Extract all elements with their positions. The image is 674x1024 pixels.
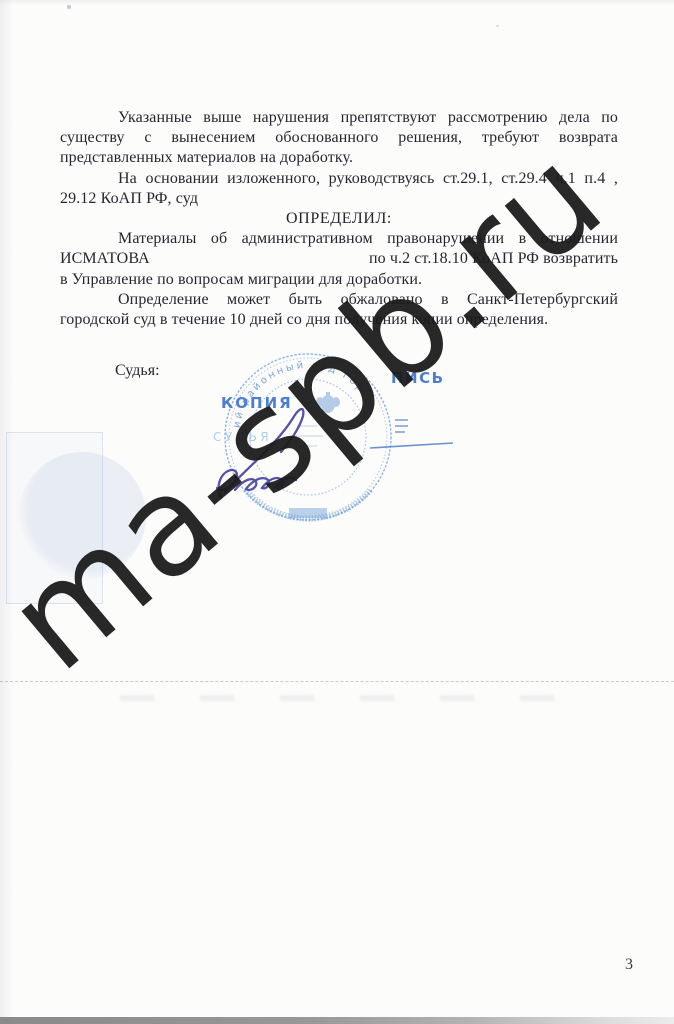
scanner-edge-band xyxy=(0,1017,674,1024)
judge-label: Судья: xyxy=(115,362,160,380)
page-number: 3 xyxy=(625,956,633,974)
court-seal-stamp: ий районный суд гор КОПИЯ ПИСЬ СУДЬЯ xyxy=(205,340,471,550)
stamp-side-marks xyxy=(395,420,408,432)
body-line: городской суд в течение 10 дней со дня п… xyxy=(60,310,618,330)
body-line: 29.12 КоАП РФ, суд xyxy=(60,189,618,209)
body-line: На основании изложенного, руководствуясь… xyxy=(60,169,618,189)
paper-crease-line xyxy=(0,681,674,682)
body-line: Материалы об административном правонаруш… xyxy=(60,229,618,249)
judge-stamp-label: СУДЬЯ xyxy=(213,430,272,444)
resolution-heading: ОПРЕДЕЛИЛ: xyxy=(60,209,618,229)
reverse-side-bleed-seal xyxy=(18,452,146,580)
body-line: Указанные выше нарушения препятствуют ра… xyxy=(60,108,618,128)
ruling-text-block: Указанные выше нарушения препятствуют ра… xyxy=(60,108,618,330)
signature-line xyxy=(370,443,453,448)
handwritten-signature xyxy=(217,409,303,498)
body-line: в Управление по вопросам миграции для до… xyxy=(60,270,618,290)
body-line: существу с вынесением обоснованного реше… xyxy=(60,128,618,148)
signature-stamp-label: ПИСЬ xyxy=(391,369,445,387)
seal-bottom-microtext xyxy=(289,508,327,518)
defendant-name: ИСМАТОВА xyxy=(60,249,150,269)
article-reference: по ч.2 ст.18.10 КоАП РФ возвратить xyxy=(369,249,618,269)
paper-crease-smudge xyxy=(120,695,600,701)
defendant-name-line: ИСМАТОВА по ч.2 ст.18.10 КоАП РФ возврат… xyxy=(60,249,618,269)
coat-of-arms-emblem xyxy=(316,392,340,413)
copy-stamp-label: КОПИЯ xyxy=(221,394,293,412)
body-line: представленных материалов на доработку. xyxy=(60,148,618,168)
scan-speck xyxy=(67,5,71,9)
body-line: Определение может быть обжаловано в Санк… xyxy=(60,290,618,310)
scan-speck xyxy=(496,25,499,27)
